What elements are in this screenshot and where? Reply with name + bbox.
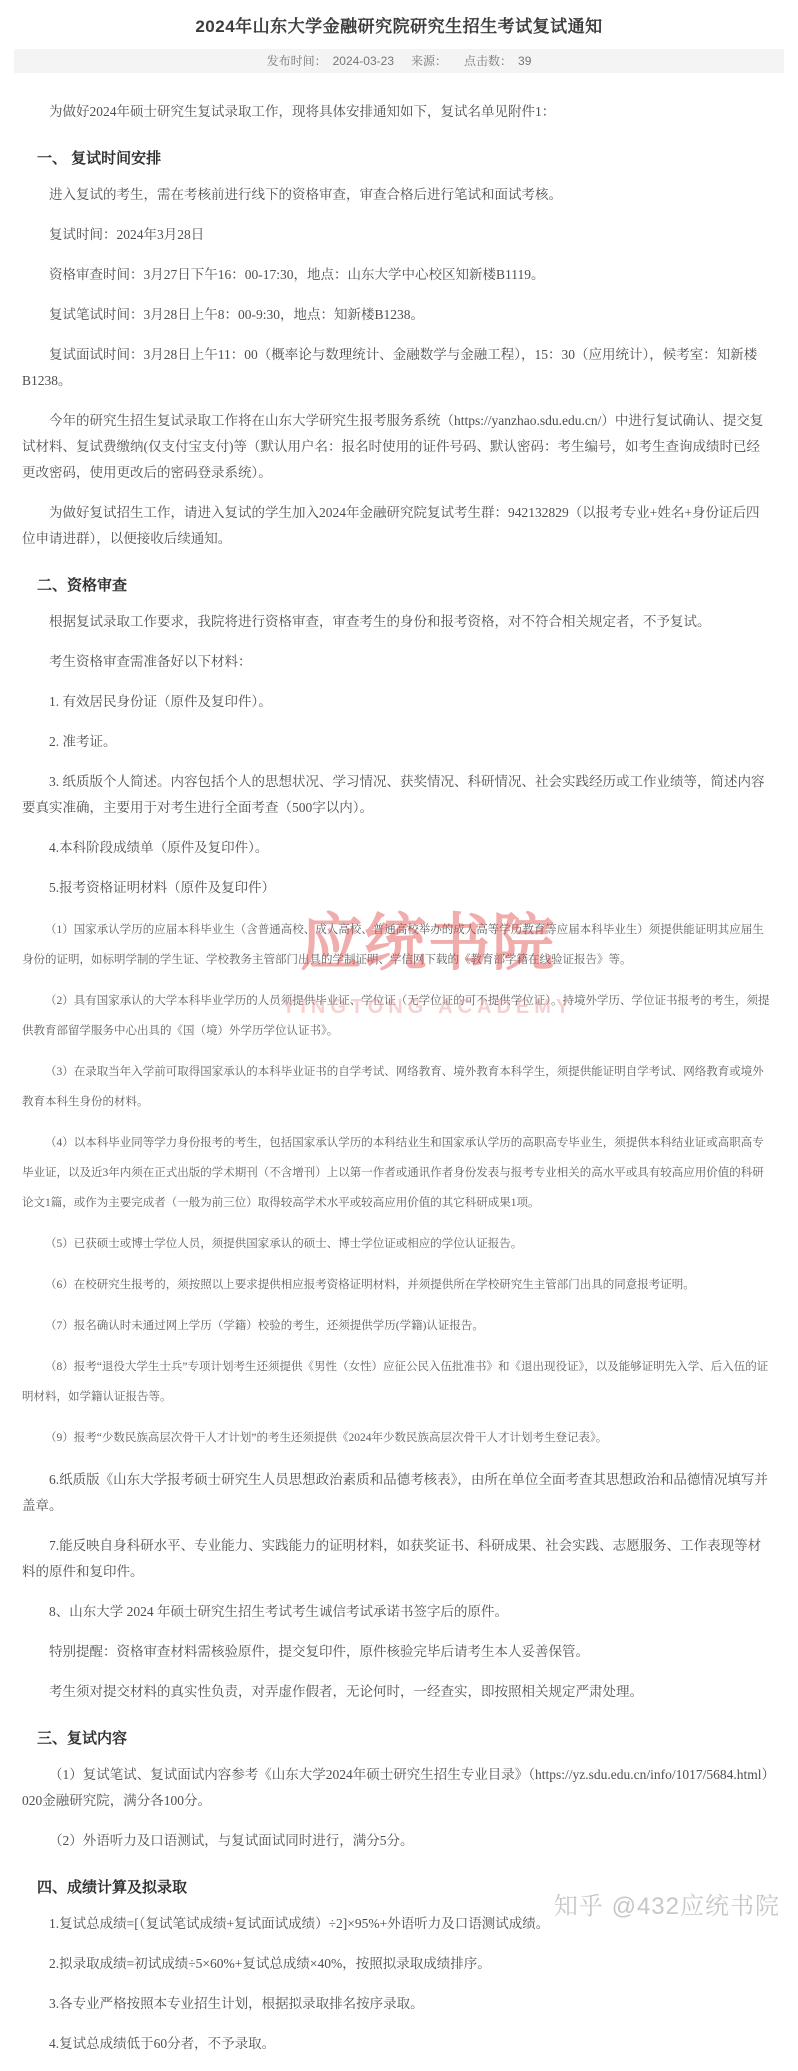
article-body: 为做好2024年硕士研究生复试录取工作，现将具体安排通知如下，复试名单见附件1：… [0,73,798,2057]
sub-item: （7）报名确认时未通过网上学历（学籍）校验的考生，还须提供学历(学籍)认证报告。 [22,1311,772,1341]
paragraph: （1）复试笔试、复试面试内容参考《山东大学2024年硕士研究生招生专业目录》（h… [22,1762,772,1814]
paragraph: 为做好复试招生工作，请进入复试的学生加入2024年金融研究院复试考生群：9421… [22,500,772,552]
paragraph: 根据复试录取工作要求，我院将进行资格审查，审查考生的身份和报考资格，对不符合相关… [22,609,772,635]
sub-item: （2）具有国家承认的大学本科毕业学历的人员须提供毕业证、学位证（无学位证的可不提… [22,986,772,1046]
paragraph: 4.本科阶段成绩单（原件及复印件）。 [22,835,772,861]
paragraph: 复试笔试时间：3月28日上午8：00-9:30，地点：知新楼B1238。 [22,302,772,328]
views-value: 39 [518,54,531,68]
paragraph: 3.各专业严格按照本专业招生计划，根据拟录取排名按序录取。 [22,1991,772,2017]
paragraph: 1. 有效居民身份证（原件及复印件）。 [22,689,772,715]
paragraph: 8、山东大学 2024 年硕士研究生招生考试考生诚信考试承诺书签字后的原件。 [22,1599,772,1625]
sub-item: （5）已获硕士或博士学位人员，须提供国家承认的硕士、博士学位证或相应的学位认证报… [22,1229,772,1259]
paragraph: 7.能反映自身科研水平、专业能力、实践能力的证明材料，如获奖证书、科研成果、社会… [22,1533,772,1585]
sub-item: （9）报考“少数民族高层次骨干人才计划”的考生还须提供《2024年少数民族高层次… [22,1423,772,1453]
meta-bar: 发布时间：2024-03-23来源：点击数：39 [14,49,784,73]
sub-item: （6）在校研究生报考的，须按照以上要求提供相应报考资格证明材料，并须提供所在学校… [22,1270,772,1300]
sub-item: （4）以本科毕业同等学力身份报考的考生，包括国家承认学历的本科结业生和国家承认学… [22,1128,772,1218]
paragraph: 6.纸质版《山东大学报考硕士研究生人员思想政治素质和品德考核表》，由所在单位全面… [22,1467,772,1519]
paragraph: 为做好2024年硕士研究生复试录取工作，现将具体安排通知如下，复试名单见附件1： [22,99,772,125]
page-title: 2024年山东大学金融研究院研究生招生考试复试通知 [0,0,798,47]
publish-time-label: 发布时间： [267,54,327,68]
paragraph: 5.报考资格证明材料（原件及复印件） [22,875,772,901]
paragraph: 3. 纸质版个人简述。内容包括个人的思想状况、学习情况、获奖情况、科研情况、社会… [22,769,772,821]
sub-item: （1）国家承认学历的应届本科毕业生（含普通高校、成人高校、普通高校举办的成人高等… [22,915,772,975]
paragraph: （2）外语听力及口语测试，与复试面试同时进行，满分5分。 [22,1828,772,1854]
section-heading: 三、复试内容 [22,1727,772,1748]
notice-page: 2024年山东大学金融研究院研究生招生考试复试通知 发布时间：2024-03-2… [0,0,798,2071]
paragraph: 复试面试时间：3月28日上午11：00（概率论与数理统计、金融数学与金融工程），… [22,342,772,394]
paragraph: 考生须对提交材料的真实性负责，对弄虚作假者，无论何时，一经查实，即按照相关规定严… [22,1679,772,1705]
paragraph: 进入复试的考生，需在考核前进行线下的资格审查，审查合格后进行笔试和面试考核。 [22,182,772,208]
paragraph: 4.复试总成绩低于60分者，不予录取。 [22,2031,772,2057]
paragraph: 资格审查时间：3月27日下午16：00-17:30，地点：山东大学中心校区知新楼… [22,262,772,288]
zhihu-watermark: 知乎 @432应统书院 [554,1886,780,1921]
section-heading: 一、 复试时间安排 [22,147,772,168]
source-label: 来源： [411,54,447,68]
paragraph: 2.拟录取成绩=初试成绩÷5×60%+复试总成绩×40%，按照拟录取成绩排序。 [22,1951,772,1977]
sub-item: （3）在录取当年入学前可取得国家承认的本科毕业证书的自学考试、网络教育、境外教育… [22,1057,772,1117]
publish-time-value: 2024-03-23 [333,54,394,68]
paragraph: 考生资格审查需准备好以下材料： [22,649,772,675]
paragraph: 今年的研究生招生复试录取工作将在山东大学研究生报考服务系统（https://ya… [22,408,772,486]
paragraph: 复试时间：2024年3月28日 [22,222,772,248]
paragraph: 特别提醒：资格审查材料需核验原件，提交复印件，原件核验完毕后请考生本人妥善保管。 [22,1639,772,1665]
paragraph: 2. 准考证。 [22,729,772,755]
sub-item: （8）报考“退役大学生士兵”专项计划考生还须提供《男性（女性）应征公民入伍批准书… [22,1352,772,1412]
views-label: 点击数： [464,54,512,68]
section-heading: 二、资格审查 [22,574,772,595]
